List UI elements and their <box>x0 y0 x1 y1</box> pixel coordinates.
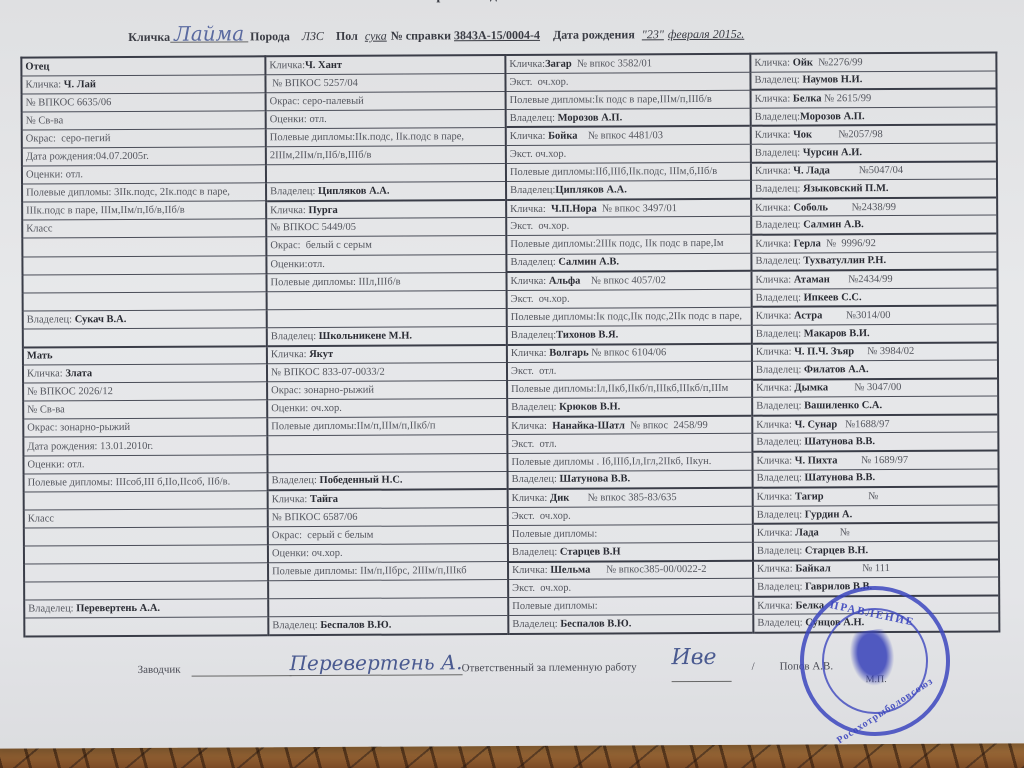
cell-label: Кличка: <box>510 203 551 214</box>
cell-value: Пурга <box>308 204 337 215</box>
sex-label: Пол <box>336 29 358 43</box>
pedigree-cell: № ВПКОС 833-07-0033/2 <box>267 363 507 382</box>
cell-label: Полевые дипломы:Iк подс,IIк подс,2IIк по… <box>511 311 742 323</box>
cell-value: Волгарь <box>549 348 588 359</box>
pedigree-cell: Владелец: Языковский П.М. <box>751 179 997 198</box>
pedigree-cell: Кличка: Тагир № <box>753 487 999 506</box>
pedigree-cell: Владелец: Шатунова В.В. <box>752 432 998 451</box>
cell-label: Владелец: <box>755 111 800 122</box>
cell-label: Кличка: <box>757 600 795 611</box>
cell-label: Экст. оч.хор. <box>512 583 571 594</box>
pedigree-cell: Кличка: Белка <box>753 595 999 614</box>
cell-label: № ВПКОС 6587/06 <box>272 512 358 523</box>
pedigree-cell: Кличка: Якут <box>267 345 507 364</box>
cell-label: Мать <box>27 351 53 362</box>
registry-number: № впкос385-00/0022-2 <box>590 564 706 576</box>
pedigree-cell: Окрас: серо-пегий <box>22 129 266 148</box>
cell-label: Полевые дипломы: IIм/п,IIбрс, 2IIIм/п,II… <box>272 565 467 577</box>
registry-number: № впкос 385-83/635 <box>569 492 676 504</box>
cell-label: Полевые дипломы: <box>512 529 597 540</box>
cell-value: Ч. Лада <box>793 166 830 177</box>
pedigree-cell: № ВПКОС 5449/05 <box>266 218 506 237</box>
cell-label: Владелец: <box>510 112 558 123</box>
pedigree-cell: Кличка: Атаман №2434/99 <box>751 270 997 289</box>
cell-label: Владелец: <box>756 364 804 375</box>
cell-value: Бойка <box>548 131 577 142</box>
cell-value: Морозов А.П. <box>558 112 623 123</box>
pedigree-cell: № Св-ва <box>23 400 267 419</box>
pedigree-row: Владелец: Беспалов В.Ю.Владелец: Беспало… <box>24 613 999 636</box>
cell-label: Полевые дипломы: IIIсоб,III б,IIо,IIсоб,… <box>28 476 231 488</box>
pedigree-cell: Владелец: Шатунова В.В. <box>508 470 753 489</box>
cell-value: Альфа <box>549 276 581 287</box>
cell-value: Астра <box>794 310 822 321</box>
cell-label: Владелец: <box>756 292 804 303</box>
cell-label: Класс <box>28 513 54 524</box>
pedigree-cell: Владелец: Перевертень А.А. <box>24 599 268 618</box>
cell-label: Оценки: отл. <box>270 114 327 125</box>
cell-value: Сукач В.А. <box>75 314 127 325</box>
cell-value: Школьникене М.Н. <box>319 330 412 341</box>
cell-label: IIIк.подс в паре, IIIм,IIм/п,Iб/в,IIб/в <box>26 205 185 217</box>
pedigree-cell <box>23 292 267 311</box>
cell-label: Экст. оч.хор. <box>512 511 571 522</box>
pedigree-cell: Экст. оч.хор. <box>505 72 750 91</box>
cell-value: Дик <box>550 493 569 504</box>
pedigree-cell: Кличка: Пурга <box>266 200 506 219</box>
cell-label: Оценки: отл. <box>26 169 83 180</box>
cell-label: Полевые дипломы:Iл,IIкб,IIкб/п,IIIкб,III… <box>511 383 728 395</box>
cell-value: Сунцов А.Н. <box>805 617 864 628</box>
cell-label: Класс <box>26 224 52 235</box>
cell-value: Лада <box>795 528 819 539</box>
pedigree-cell: Кличка: Ч. Пихта № 1689/97 <box>752 451 998 470</box>
cell-label: Владелец: <box>512 619 560 630</box>
cell-value: Шатунова В.В. <box>805 473 876 484</box>
cell-label: № Св-ва <box>27 405 65 416</box>
pedigree-cell: Экст. отл. <box>507 361 752 380</box>
pedigree-cell: Владелец: Морозов А.П. <box>506 108 751 127</box>
cell-value: Крюков В.Н. <box>559 402 620 413</box>
responsible-signature: Иве <box>671 645 731 682</box>
dog-header: КличкаЛаймаПородаЛЗСПол сука№ справки 38… <box>128 23 744 45</box>
pedigree-cell <box>22 237 266 256</box>
cell-value: Ойк <box>793 57 813 68</box>
cell-value: Ципляков А.А. <box>555 184 627 195</box>
cell-label: Полевые дипломы:IIм/п,IIIм/п,IIкб/п <box>271 421 435 433</box>
pedigree-cell: Владелец: Салмин А.В. <box>506 253 751 272</box>
pedigree-cell: Владелец: Школьникене М.Н. <box>267 326 507 345</box>
cell-label: Кличка: <box>756 383 794 394</box>
pedigree-cell: Владелец: Вашиленко С.А. <box>752 396 998 415</box>
pedigree-cell: Полевые дипломы: IIIсоб,III б,IIо,IIсоб,… <box>24 472 268 491</box>
registry-number: №3014/00 <box>822 310 890 321</box>
cell-value: Шельма <box>550 565 590 576</box>
pedigree-cell: Кличка: Бойка № впкос 4481/03 <box>506 126 751 145</box>
pedigree-cell: Экст. отл. <box>507 434 752 453</box>
cell-label: Владелец: <box>28 604 76 615</box>
signatures-footer: Заводчик Перевертень А. Ответственный за… <box>0 651 1016 696</box>
pedigree-cell <box>267 290 507 309</box>
pedigree-cell: Мать <box>23 346 267 365</box>
cell-value: Атаман <box>794 274 830 285</box>
pedigree-cell <box>24 491 268 510</box>
pedigree-cell: Экст. оч.хор. <box>508 506 753 525</box>
pedigree-cell: Владелец: Салмин А.В. <box>751 215 997 234</box>
cell-label: Кличка: <box>756 455 794 466</box>
pedigree-cell: Окрас: серо-палевый <box>266 91 506 110</box>
cell-label: Владелец: <box>510 185 555 196</box>
registry-number: № впкос 3582/01 <box>572 58 652 69</box>
cell-label: Полевые дипломы:Iк подс в паре,IIIм/п,II… <box>510 94 712 106</box>
cell-label: Владелец: <box>757 473 805 484</box>
pedigree-cell: Владелец: Гаврилов В.В. <box>753 577 999 596</box>
cell-label: Отец <box>25 61 49 72</box>
cert-value: 3843А-15/0004-4 <box>454 28 540 42</box>
cell-label: Кличка: <box>755 202 793 213</box>
pedigree-cell: Кличка: Злата <box>23 364 267 383</box>
cell-value: Старцев В.Н. <box>805 545 868 556</box>
pedigree-cell: Полевые дипломы:Iл,IIкб,IIкб/п,IIIкб,III… <box>507 379 752 398</box>
cell-label: Владелец: <box>270 186 318 197</box>
cell-label: Полевые дипломы:IIб,IIIб,IIк.подс, IIIм,… <box>510 166 717 178</box>
registry-number: № впкос 6104/06 <box>589 347 667 358</box>
cell-label: Окрас: зонарно-рыжий <box>271 385 374 397</box>
pedigree-cell: № Св-ва <box>22 111 266 130</box>
sex-value: сука <box>365 29 387 43</box>
cell-label: Владелец: <box>755 256 803 267</box>
registry-number: № впкос 4481/03 <box>577 130 663 141</box>
pedigree-cell: Окрас: зонарно-рыжий <box>267 381 507 400</box>
cell-label: Окрас: зонарно-рыжий <box>27 422 130 434</box>
cell-value: Беспалов В.Ю. <box>320 620 391 631</box>
cell-label: Кличка: <box>511 276 549 287</box>
pedigree-cell: Кличка:Ч. Хант <box>265 55 505 74</box>
registry-number: № <box>824 491 879 502</box>
registry-number: № 9996/92 <box>821 238 876 249</box>
pedigree-cell <box>24 527 268 546</box>
cell-value: Макаров В.И. <box>804 328 870 339</box>
cell-label: № ВПКОС 5449/05 <box>270 222 356 233</box>
cell-value: Белка <box>796 600 825 611</box>
cell-label: Владелец: <box>755 147 803 158</box>
pedigree-cell: Кличка: Белка № 2615/99 <box>751 89 997 108</box>
pedigree-cell: Полевые дипломы: <box>508 524 753 543</box>
cell-label: Кличка: <box>27 368 65 379</box>
cell-label: Владелец: <box>755 220 803 231</box>
cell-label: Окрас: белый с серым <box>270 240 372 252</box>
pedigree-cell <box>24 545 268 564</box>
cell-label: Экст. оч.хор. <box>509 76 568 87</box>
pedigree-cell: Полевые дипломы: IIIл,IIIб/в <box>266 272 506 291</box>
pedigree-cell: Владелец: Филатов А.А. <box>752 360 998 379</box>
cell-label: Владелец: <box>511 402 559 413</box>
cell-value: Тухватуллин Р.Н. <box>803 255 886 266</box>
cell-label: Экст. оч.хор. <box>510 149 566 160</box>
cell-value: Белка <box>793 93 822 104</box>
cell-label: Окрас: серый с белым <box>272 530 374 542</box>
cell-value: Байкал <box>795 564 830 575</box>
pedigree-cell: Кличка: Дымка № 3047/00 <box>752 378 998 397</box>
cell-label: Дата рождения: 13.01.2010г. <box>27 440 153 452</box>
cell-label: Владелец: <box>512 547 560 558</box>
pedigree-cell: Полевые дипломы: 3IIк.подс, 2Iк.подс в п… <box>22 183 266 202</box>
cell-label: Владелец: <box>271 331 319 342</box>
cell-label: Владелец: <box>272 475 320 486</box>
breed-label: Порода <box>250 29 290 43</box>
pedigree-cell: Окрас: белый с серым <box>266 236 506 255</box>
pedigree-cell: Полевые дипломы:2IIIк подс, IIк подс в п… <box>506 235 751 254</box>
cell-label: Владелец: <box>756 401 804 412</box>
cell-value: Шатунова В.В. <box>804 436 875 447</box>
pedigree-cell: IIIк.подс в паре, IIIм,IIм/п,Iб/в,IIб/в <box>22 201 266 220</box>
cell-value: Ч. П.Ч. Зъяр <box>794 347 854 358</box>
cell-label: Кличка: <box>269 60 305 71</box>
cell-label: Полевые дипломы: IIIл,IIIб/в <box>271 276 401 288</box>
cell-label: Кличка: <box>754 57 792 68</box>
pedigree-cell: Полевые дипломы:Iк подс,IIк подс,2IIк по… <box>507 307 752 326</box>
pedigree-cell: Кличка: Герла № 9996/92 <box>751 233 997 252</box>
registry-number: №1688/97 <box>837 419 889 430</box>
registry-number: № 111 <box>831 563 890 574</box>
pedigree-cell: Отец <box>21 56 265 75</box>
cell-value: Злата <box>65 368 92 379</box>
cell-label: Экст. отл. <box>511 366 556 377</box>
pedigree-cell: Полевые дипломы . Iб,IIIб,Iл,Iгл,2IIкб, … <box>507 452 752 471</box>
breed-value: ЛЗС <box>302 29 324 43</box>
cell-label: Владелец: <box>512 474 560 485</box>
cell-label: Владелец: <box>754 75 802 86</box>
pedigree-cell: № ВПКОС 5257/04 <box>265 73 505 92</box>
pedigree-cell <box>268 580 508 599</box>
seal-label: М.П. <box>866 674 887 685</box>
cell-label: Кличка: <box>25 79 63 90</box>
dob-rest: февраля 2015г. <box>668 27 744 41</box>
cell-value: Ч. Сунар <box>795 419 838 430</box>
cell-value: Тагир <box>795 491 824 502</box>
pedigree-cell <box>267 308 507 327</box>
pedigree-table: ОтецКличка:Ч. ХантКличка:Загар № впкос 3… <box>20 51 1000 637</box>
pedigree-cell <box>24 563 268 582</box>
cell-value: Победенный Н.С. <box>320 475 403 486</box>
pedigree-cell: Владелец: Ципляков А.А. <box>266 182 506 201</box>
cell-value: Тихонов В.Я. <box>556 329 618 340</box>
pedigree-cell: Владелец: Макаров В.И. <box>752 324 998 343</box>
name-label: Кличка <box>128 30 170 44</box>
pedigree-cell: Владелец: Старцев В.Н. <box>753 541 999 560</box>
pedigree-cell <box>267 435 507 454</box>
cell-label: Владелец: <box>757 581 805 592</box>
cell-value: Языковский П.М. <box>803 183 889 194</box>
cell-label: Кличка: <box>755 238 793 249</box>
pedigree-cell: Владелец: Беспалов В.Ю. <box>268 616 508 635</box>
cell-value: Нанайка-Шатл <box>552 420 625 431</box>
cell-label: Полевые дипломы:IIк.подс, IIк.подс в пар… <box>270 131 464 143</box>
pedigree-cell: Кличка: Астра №3014/00 <box>752 306 998 325</box>
cell-value: Перевертень А.А. <box>76 603 160 614</box>
cell-label: Владелец: <box>757 618 805 629</box>
cell-label: Кличка: <box>757 528 795 539</box>
cell-value: Ипкеев С.С. <box>804 292 862 303</box>
pedigree-cell: Кличка: Соболь №2438/99 <box>751 197 997 216</box>
cell-label: Кличка: <box>756 274 794 285</box>
cell-label: Кличка: <box>757 492 795 503</box>
cell-label: Владелец: <box>756 328 804 339</box>
breeder-signature-line <box>192 675 292 677</box>
pedigree-cell: Кличка: Байкал № 111 <box>753 559 999 578</box>
registry-number: №2057/98 <box>812 129 883 140</box>
cell-value: Вашиленко С.А. <box>804 400 882 411</box>
pedigree-cell: Владелец: Беспалов В.Ю. <box>508 615 753 634</box>
registry-number: № 2615/99 <box>821 93 871 104</box>
registry-number: № впкос 3497/01 <box>597 203 677 214</box>
cell-label: Оценки:отл. <box>270 259 324 270</box>
registry-number: № впкос 2458/99 <box>625 420 708 431</box>
cell-value: Морозов А.П. <box>800 111 865 122</box>
cell-value: Гаврилов В.В. <box>805 581 872 592</box>
registry-number: № 1689/97 <box>837 455 908 466</box>
responsible-label: Ответственный за племенную работу <box>462 661 637 674</box>
registry-number: № <box>819 527 850 538</box>
cell-value: Гурдин А. <box>805 509 853 520</box>
cell-value: Ч. Пихта <box>795 455 838 466</box>
cell-label: Оценки: оч.хор. <box>272 548 343 559</box>
pedigree-cell <box>23 328 267 347</box>
pedigree-cell: Кличка: Ч. Лада №5047/04 <box>751 161 997 180</box>
cell-label: Кличка: <box>511 348 549 359</box>
name-value: Лайма <box>170 25 248 42</box>
pedigree-document: Происхождение собаки КличкаЛаймаПородаЛЗ… <box>0 0 1024 749</box>
pedigree-cell: Оценки: отл. <box>23 454 267 473</box>
cell-label: Оценки: оч.хор. <box>271 403 342 414</box>
cell-label: Окрас: серо-палевый <box>270 96 364 107</box>
registry-number: № 3984/02 <box>854 346 914 357</box>
registry-number: №2438/99 <box>828 202 896 213</box>
pedigree-cell <box>268 598 508 617</box>
pedigree-cell: Полевые дипломы:IIк.подс, IIк.подс в пар… <box>266 127 506 146</box>
cell-label: Дата рождения:04.07.2005г. <box>26 151 149 163</box>
pedigree-cell: Кличка: Шельма № впкос385-00/0022-2 <box>508 560 753 579</box>
pedigree-cell: Кличка: Чок №2057/98 <box>751 125 997 144</box>
cell-label: Кличка: <box>510 131 548 142</box>
document-title: Происхождение собаки <box>0 0 1012 7</box>
pedigree-cell: Кличка: Нанайка-Шатл № впкос 2458/99 <box>507 416 752 435</box>
cell-value: Ципляков А.А. <box>318 186 390 197</box>
cell-label: Полевые дипломы:2IIIк подс, IIк подс в п… <box>510 238 723 250</box>
registry-number: № впкос 4057/02 <box>580 275 666 286</box>
pedigree-cell: Экст. оч.хор. <box>506 144 751 163</box>
cell-value: Дымка <box>794 383 828 394</box>
pedigree-cell <box>24 581 268 600</box>
cell-label: Кличка: <box>757 564 795 575</box>
dob-day: "23" <box>642 27 664 41</box>
breeder-label: Заводчик <box>138 664 181 676</box>
pedigree-cell: Окрас: зонарно-рыжий <box>23 418 267 437</box>
cell-value: Наумов Н.И. <box>802 75 862 86</box>
registry-number: №2276/99 <box>813 57 863 68</box>
cell-value: Шатунова В.В. <box>560 474 631 485</box>
pedigree-cell: Кличка: Ч. Лай <box>21 74 265 93</box>
pedigree-cell: Кличка: Ч.П.Нора № впкос 3497/01 <box>506 198 751 217</box>
cell-value: Беспалов В.Ю. <box>560 619 631 630</box>
dob-label: Дата рождения <box>553 27 635 41</box>
registry-number: №5047/04 <box>830 165 903 176</box>
cell-label: Экст. оч.хор. <box>511 293 570 304</box>
cell-value: Чурсин А.И. <box>803 147 862 158</box>
cell-label: Кличка: <box>270 205 308 216</box>
cell-label: Полевые дипломы . Iб,IIIб,Iл,Iгл,2IIкб, … <box>511 456 711 468</box>
cell-value: Салмин А.В. <box>803 219 864 230</box>
cell-label: Оценки: отл. <box>27 459 84 470</box>
cell-label: Окрас: серо-пегий <box>26 133 111 144</box>
pedigree-cell: Оценки: оч.хор. <box>267 399 507 418</box>
cell-value: Чок <box>793 130 812 141</box>
cell-label: Полевые дипломы: <box>512 601 597 612</box>
cell-label: Экст. отл. <box>511 438 556 449</box>
cell-value: Салмин А.В. <box>558 257 619 268</box>
pedigree-cell: Кличка: Ойк №2276/99 <box>750 52 996 71</box>
pedigree-cell: 2IIIм,2IIм/п,IIб/в,IIIб/в <box>266 145 506 164</box>
cell-label: Кличка: <box>755 166 793 177</box>
breeder-signature: Перевертень А. <box>289 650 462 676</box>
cell-label: Владелец: <box>27 314 75 325</box>
cell-label: Кличка: <box>271 349 309 360</box>
registry-number: №2434/99 <box>830 274 893 285</box>
pedigree-cell: Владелец: Тухватуллин Р.Н. <box>751 251 997 270</box>
responsible-name: Попов А.В. <box>780 660 834 672</box>
pedigree-cell: Владелец: Крюков В.Н. <box>507 398 752 417</box>
cell-label: Полевые дипломы: 3IIк.подс, 2Iк.подс в п… <box>26 187 230 199</box>
cell-label: Владелец: <box>757 545 805 556</box>
pedigree-cell: Кличка: Волгарь № впкос 6104/06 <box>507 343 752 362</box>
cell-label: Кличка: <box>756 347 794 358</box>
pedigree-cell: Кличка: Тайга <box>268 489 508 508</box>
cell-value: Соболь <box>793 202 828 213</box>
cell-label: Кличка: <box>509 59 545 70</box>
cell-label: Кличка: <box>512 493 550 504</box>
cell-value: Ч. Лай <box>64 79 96 90</box>
pedigree-cell: Владелец: Чурсин А.И. <box>751 143 997 162</box>
pedigree-cell <box>22 273 266 292</box>
pedigree-cell: Кличка: Лада № <box>753 523 999 542</box>
pedigree-cell <box>24 617 268 636</box>
pedigree-cell: Владелец: Наумов Н.И. <box>750 71 996 90</box>
pedigree-cell: Владелец: Шатунова В.В. <box>753 469 999 488</box>
pedigree-cell: Оценки: отл. <box>266 109 506 128</box>
cell-label: № ВПКОС 6635/06 <box>26 97 112 108</box>
cell-label: Кличка: <box>756 419 794 430</box>
pedigree-cell: Владелец: Ипкеев С.С. <box>752 288 998 307</box>
pedigree-cell: Владелец: Гурдин А. <box>753 505 999 524</box>
pedigree-cell: Экст. оч.хор. <box>506 217 751 236</box>
pedigree-cell: Кличка: Дик № впкос 385-83/635 <box>508 488 753 507</box>
pedigree-cell: Оценки:отл. <box>266 254 506 273</box>
pedigree-cell: Владелец: Победенный Н.С. <box>268 471 508 490</box>
pedigree-cell: Дата рождения: 13.01.2010г. <box>23 436 267 455</box>
pedigree-cell: Кличка:Загар № впкос 3582/01 <box>505 54 750 73</box>
pedigree-cell: Владелец:Тихонов В.Я. <box>507 325 752 344</box>
pedigree-cell: Полевые дипломы:IIм/п,IIIм/п,IIкб/п <box>267 417 507 436</box>
cell-label: Кличка: <box>756 311 794 322</box>
pedigree-cell <box>267 453 507 472</box>
cell-label: Кличка: <box>272 494 310 505</box>
cell-label: № Св-ва <box>26 115 64 126</box>
cell-label: Владелец: <box>510 257 558 268</box>
cell-value: Старцев В.Н <box>560 546 621 557</box>
pedigree-cell: Полевые дипломы:Iк подс в паре,IIIм/п,II… <box>506 90 751 109</box>
pedigree-cell: Класс <box>22 219 266 238</box>
pedigree-cell: Полевые дипломы:IIб,IIIб,IIк.подс, IIIм,… <box>506 162 751 181</box>
